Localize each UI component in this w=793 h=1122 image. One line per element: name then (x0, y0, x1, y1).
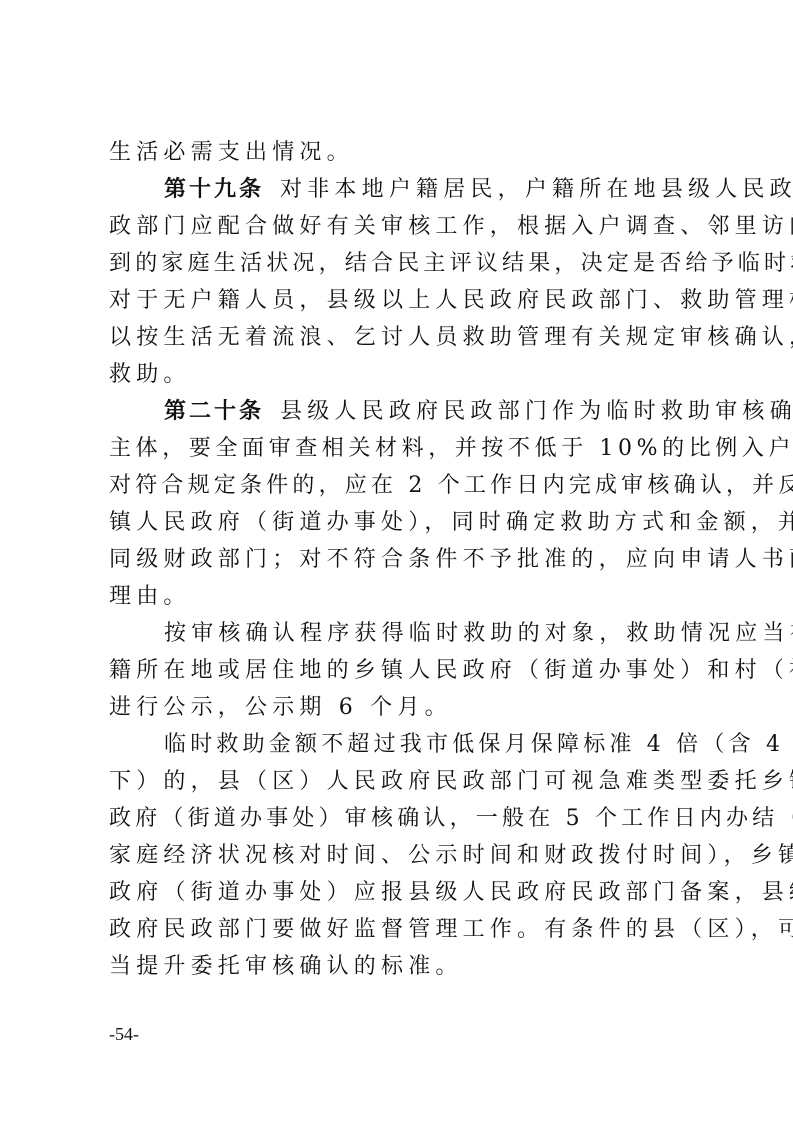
text-line: 临时救助金额不超过我市低保月保障标准 4 倍（含 4 倍及以 (109, 726, 692, 763)
text-line: 当提升委托审核确认的标准。 (109, 948, 692, 985)
text-line: 政府（街道办事处）应报县级人民政府民政部门备案，县级人民 (109, 874, 692, 911)
text-line: 主体，要全面审查相关材料，并按不低于 10%的比例入户抽查。 (109, 430, 692, 467)
text-line: 救助。 (109, 356, 692, 393)
text-line: 生活必需支出情况。 (109, 134, 692, 171)
text-line: 政府民政部门要做好监督管理工作。有条件的县（区），可以适 (109, 911, 692, 948)
text-line: 县级人民政府民政部门作为临时救助审核确认 (280, 399, 793, 424)
article-heading: 第二十条 (164, 399, 264, 424)
text-line: 家庭经济状况核对时间、公示时间和财政拨付时间），乡镇人民 (109, 837, 692, 874)
text-line: 对于无户籍人员，县级以上人民政府民政部门、救助管理机构可 (109, 282, 692, 319)
article-20-line: 第二十条县级人民政府民政部门作为临时救助审核确认 (109, 393, 692, 430)
text-line: 按审核确认程序获得临时救助的对象，救助情况应当在其户 (109, 615, 692, 652)
page-number: -54- (109, 1024, 139, 1045)
text-line: 政部门应配合做好有关审核工作，根据入户调查、邻里访问了解 (109, 208, 692, 245)
text-line: 对非本地户籍居民，户籍所在地县级人民政府民 (280, 177, 793, 202)
text-line: 理由。 (109, 578, 692, 615)
text-line: 以按生活无着流浪、乞讨人员救助管理有关规定审核确认，提供 (109, 319, 692, 356)
document-page: 生活必需支出情况。 第十九条对非本地户籍居民，户籍所在地县级人民政府民 政部门应… (109, 134, 692, 985)
text-line: 籍所在地或居住地的乡镇人民政府（街道办事处）和村（社区） (109, 652, 692, 689)
text-line: 同级财政部门；对不符合条件不予批准的，应向申请人书面说明 (109, 541, 692, 578)
text-line: 政府（街道办事处）审核确认，一般在 5 个工作日内办结（不含 (109, 800, 692, 837)
text-line: 进行公示，公示期 6 个月。 (109, 689, 692, 726)
text-line: 到的家庭生活状况，结合民主评议结果，决定是否给予临时救助。 (109, 245, 692, 282)
article-heading: 第十九条 (164, 177, 264, 202)
text-line: 下）的，县（区）人民政府民政部门可视急难类型委托乡镇人民 (109, 763, 692, 800)
text-line: 镇人民政府（街道办事处），同时确定救助方式和金额，并告知 (109, 504, 692, 541)
text-line: 对符合规定条件的，应在 2 个工作日内完成审核确认，并反馈乡 (109, 467, 692, 504)
article-19-line: 第十九条对非本地户籍居民，户籍所在地县级人民政府民 (109, 171, 692, 208)
